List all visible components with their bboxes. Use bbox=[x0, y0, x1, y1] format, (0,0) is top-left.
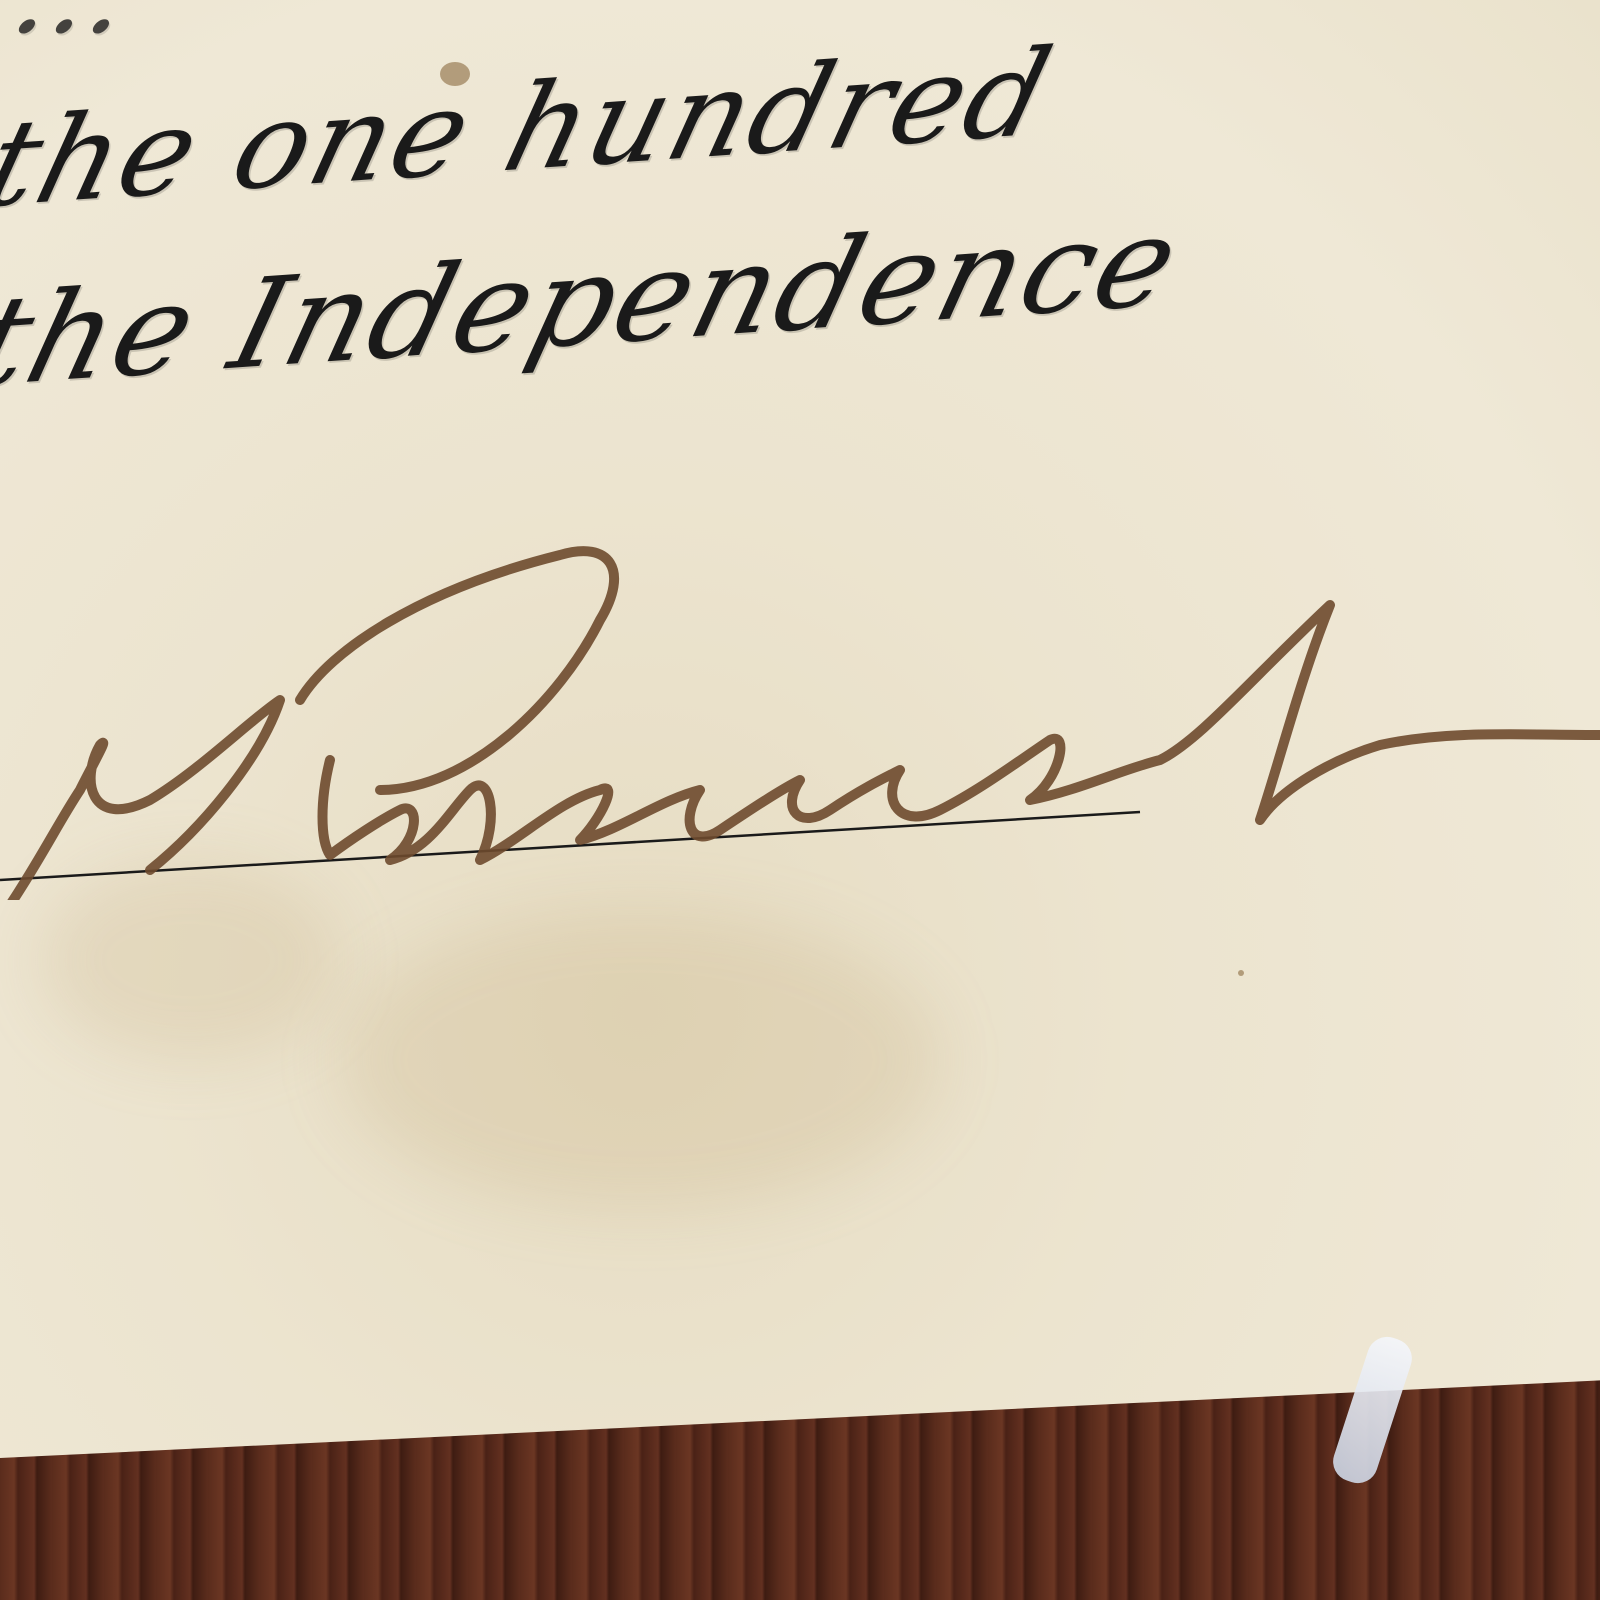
ink-spot bbox=[440, 62, 470, 86]
paper-stain bbox=[340, 910, 940, 1210]
ink-spot bbox=[1238, 970, 1244, 976]
signature bbox=[0, 540, 1600, 900]
